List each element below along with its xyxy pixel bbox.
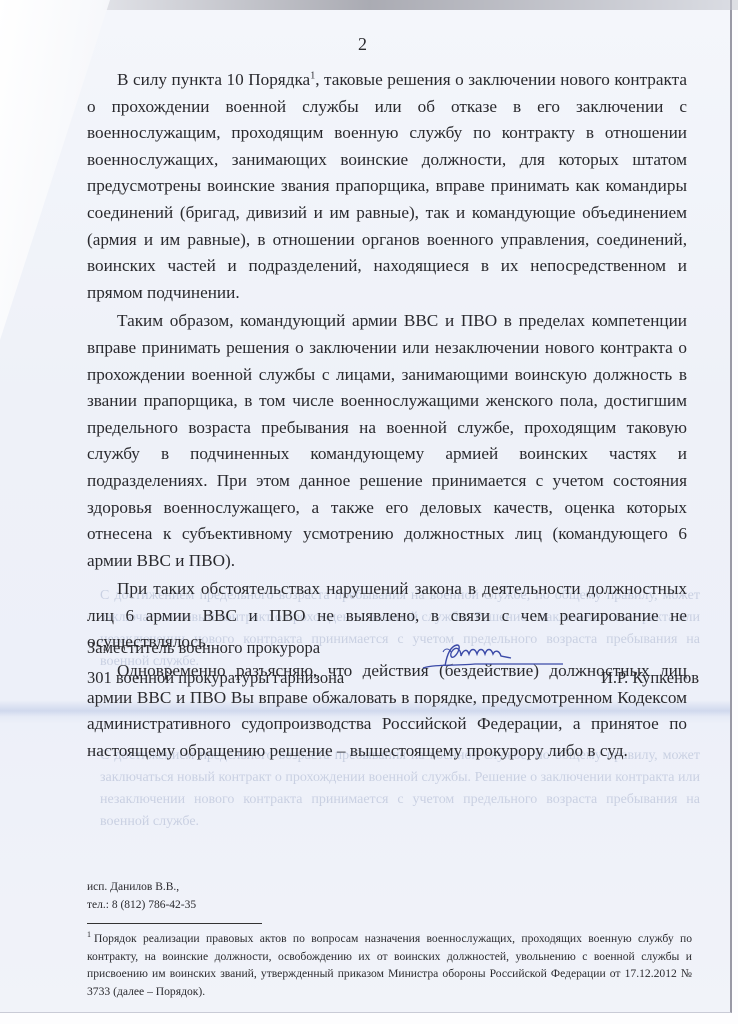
signatory-title-line-2: 301 военной прокуратуры гарнизона: [87, 668, 344, 688]
paragraph-1-lead: В силу пункта 10 Порядка: [117, 70, 310, 89]
page-number: 2: [358, 34, 367, 55]
paragraph-1-rest: , таковые решения о заключении нового ко…: [87, 70, 687, 302]
executor-phone: тел.: 8 (812) 786-42-35: [87, 896, 196, 914]
footnote-mark: 1: [87, 930, 91, 939]
handwritten-signature-icon: [415, 642, 565, 672]
footnote-divider: [87, 923, 262, 924]
letter-body: В силу пункта 10 Порядка1, таковые решен…: [87, 67, 687, 764]
page-top-shadow: [0, 0, 738, 10]
executor-info: исп. Данилов В.В., тел.: 8 (812) 786-42-…: [87, 878, 196, 914]
signatory-title-line-1: Заместитель военного прокурора: [87, 638, 320, 658]
signatory-name: И.Р. Купкенов: [601, 668, 699, 688]
paragraph-2: Таким образом, командующий армии ВВС и П…: [87, 308, 687, 574]
paragraph-1: В силу пункта 10 Порядка1, таковые решен…: [87, 67, 687, 306]
footnote-text: Порядок реализации правовых актов по воп…: [87, 932, 692, 998]
footnote: 1Порядок реализации правовых актов по во…: [87, 930, 692, 1000]
executor-name: исп. Данилов В.В.,: [87, 878, 196, 896]
document-page: С достижением предельного возраста пребы…: [0, 0, 732, 1013]
